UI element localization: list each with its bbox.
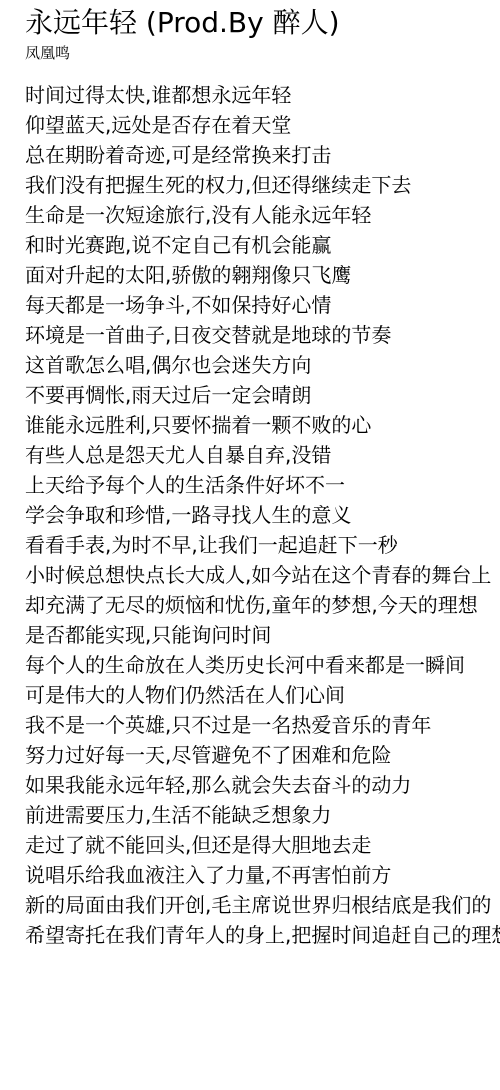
lyrics-container: 时间过得太快,谁都想永远年轻仰望蓝天,远处是否存在着天堂总在期盼着奇迹,可是经常… (25, 80, 500, 950)
lyric-line: 仰望蓝天,远处是否存在着天堂 (25, 110, 500, 140)
lyric-line: 学会争取和珍惜,一路寻找人生的意义 (25, 500, 500, 530)
lyric-line: 希望寄托在我们青年人的身上,把握时间追赶自己的理想 (25, 920, 500, 950)
lyric-line: 面对升起的太阳,骄傲的翱翔像只飞鹰 (25, 260, 500, 290)
lyric-line: 我不是一个英雄,只不过是一名热爱音乐的青年 (25, 710, 500, 740)
lyric-line: 走过了就不能回头,但还是得大胆地去走 (25, 830, 500, 860)
lyric-line: 有些人总是怨天尤人自暴自弃,没错 (25, 440, 500, 470)
lyric-line: 却充满了无尽的烦恼和忧伤,童年的梦想,今天的理想 (25, 590, 500, 620)
lyric-line: 可是伟大的人物们仍然活在人们心间 (25, 680, 500, 710)
lyric-line: 我们没有把握生死的权力,但还得继续走下去 (25, 170, 500, 200)
lyric-line: 总在期盼着奇迹,可是经常换来打击 (25, 140, 500, 170)
lyrics-page: 永远年轻 (Prod.By 醉人) 凤凰鸣 时间过得太快,谁都想永远年轻仰望蓝天… (0, 0, 500, 950)
lyric-line: 这首歌怎么唱,偶尔也会迷失方向 (25, 350, 500, 380)
lyric-line: 和时光赛跑,说不定自己有机会能赢 (25, 230, 500, 260)
lyric-line: 新的局面由我们开创,毛主席说世界归根结底是我们的 (25, 890, 500, 920)
lyric-line: 不要再惆怅,雨天过后一定会晴朗 (25, 380, 500, 410)
lyric-line: 每个人的生命放在人类历史长河中看来都是一瞬间 (25, 650, 500, 680)
lyric-line: 小时候总想快点长大成人,如今站在这个青春的舞台上 (25, 560, 500, 590)
lyric-line: 如果我能永远年轻,那么就会失去奋斗的动力 (25, 770, 500, 800)
lyric-line: 看看手表,为时不早,让我们一起追赶下一秒 (25, 530, 500, 560)
lyric-line: 上天给予每个人的生活条件好坏不一 (25, 470, 500, 500)
lyric-line: 说唱乐给我血液注入了力量,不再害怕前方 (25, 860, 500, 890)
lyric-line: 谁能永远胜利,只要怀揣着一颗不败的心 (25, 410, 500, 440)
lyric-line: 时间过得太快,谁都想永远年轻 (25, 80, 500, 110)
lyric-line: 是否都能实现,只能询问时间 (25, 620, 500, 650)
page-title: 永远年轻 (Prod.By 醉人) (25, 8, 500, 38)
lyric-line: 生命是一次短途旅行,没有人能永远年轻 (25, 200, 500, 230)
lyric-line: 努力过好每一天,尽管避免不了困难和危险 (25, 740, 500, 770)
lyric-line: 环境是一首曲子,日夜交替就是地球的节奏 (25, 320, 500, 350)
lyric-line: 前进需要压力,生活不能缺乏想象力 (25, 800, 500, 830)
lyric-line: 每天都是一场争斗,不如保持好心情 (25, 290, 500, 320)
artist-name: 凤凰鸣 (25, 45, 500, 61)
